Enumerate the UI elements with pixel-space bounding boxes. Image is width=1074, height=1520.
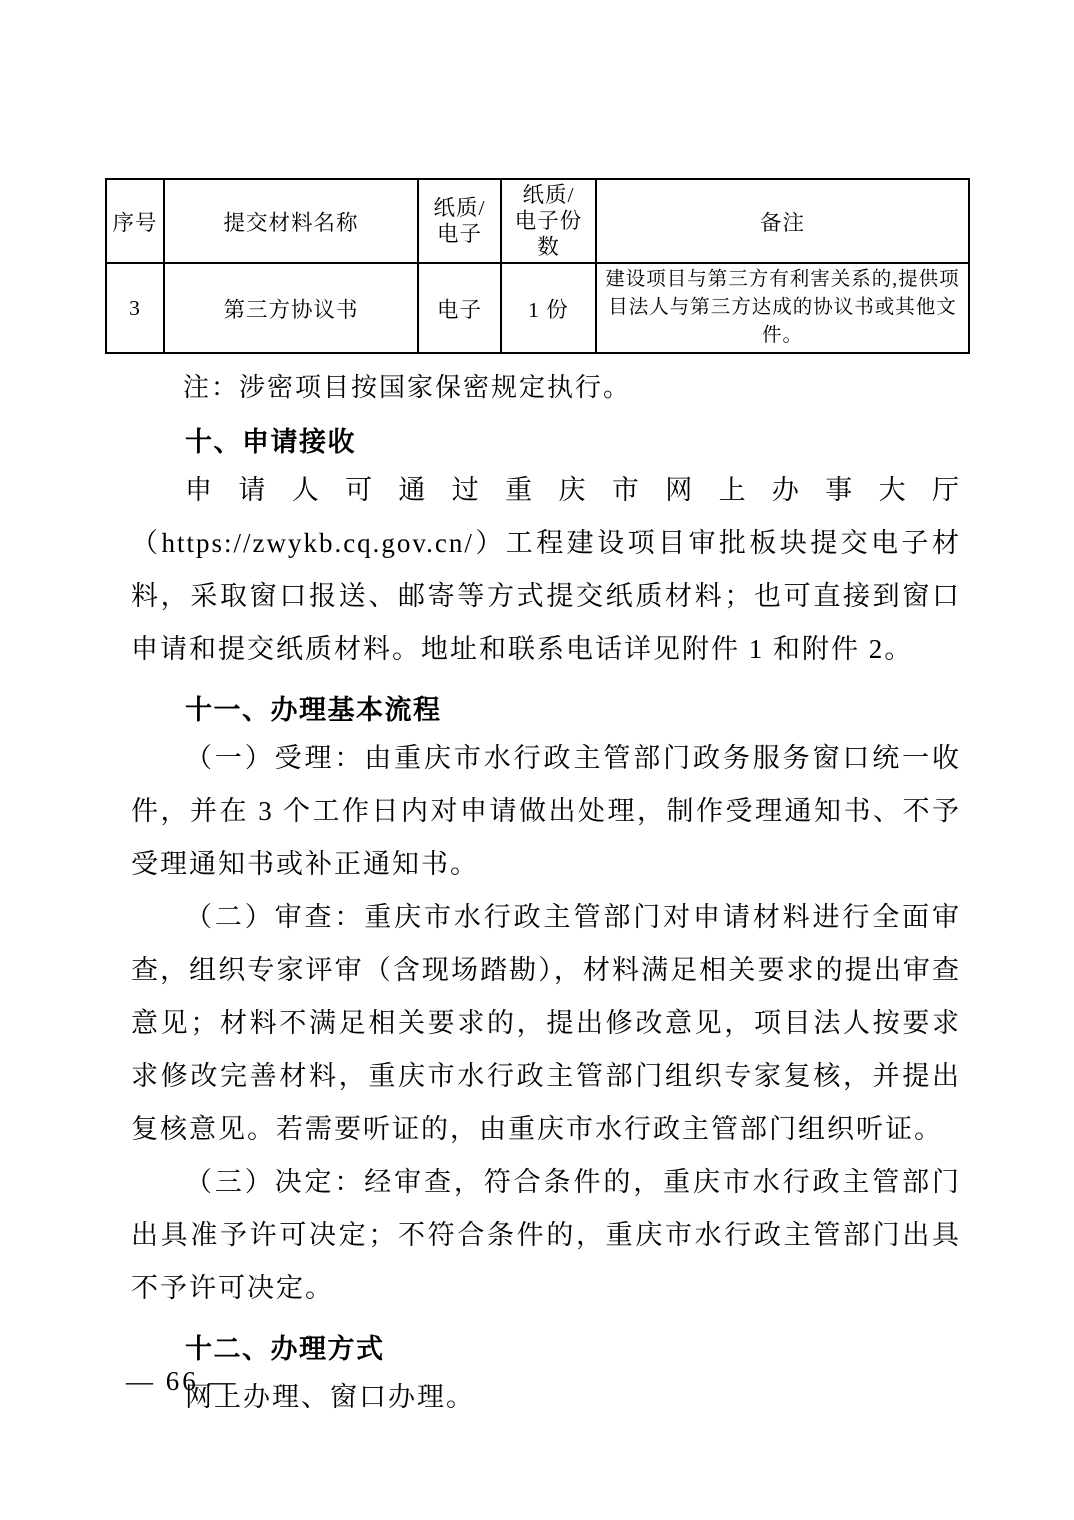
materials-table: 序号 提交材料名称 纸质/ 电子 纸质/ 电子份数 备注 3 第三方协议书 电子… bbox=[105, 178, 970, 354]
header-medium: 纸质/ 电子 bbox=[418, 179, 501, 263]
cell-seq: 3 bbox=[106, 263, 164, 353]
paragraph-review: （二）审查：重庆市水行政主管部门对申请材料进行全面审查，组织专家评审（含现场踏勘… bbox=[131, 891, 961, 1156]
cell-medium: 电子 bbox=[418, 263, 501, 353]
page-number: — 66 — bbox=[126, 1366, 239, 1397]
header-remark: 备注 bbox=[596, 179, 969, 263]
paragraph-application-receipt: 申请人可通过重庆市网上办事大厅（https://zwykb.cq.gov.cn/… bbox=[131, 464, 961, 676]
section-heading-11: 十一、办理基本流程 bbox=[131, 694, 961, 726]
header-seq: 序号 bbox=[106, 179, 164, 263]
header-material-name: 提交材料名称 bbox=[164, 179, 418, 263]
cell-material-name: 第三方协议书 bbox=[164, 263, 418, 353]
paragraph-acceptance: （一）受理：由重庆市水行政主管部门政务服务窗口统一收件，并在 3 个工作日内对申… bbox=[131, 732, 961, 891]
document-page: 序号 提交材料名称 纸质/ 电子 纸质/ 电子份数 备注 3 第三方协议书 电子… bbox=[0, 0, 1074, 1520]
paragraph-handling-method: 网上办理、窗口办理。 bbox=[131, 1371, 961, 1424]
section-heading-12: 十二、办理方式 bbox=[131, 1333, 961, 1365]
section-heading-10: 十、申请接收 bbox=[131, 426, 961, 458]
header-copies: 纸质/ 电子份数 bbox=[501, 179, 596, 263]
table-header-row: 序号 提交材料名称 纸质/ 电子 纸质/ 电子份数 备注 bbox=[106, 179, 969, 263]
table-row: 3 第三方协议书 电子 1 份 建设项目与第三方有利害关系的,提供项目法人与第三… bbox=[106, 263, 969, 353]
cell-copies: 1 份 bbox=[501, 263, 596, 353]
paragraph-decision: （三）决定：经审查，符合条件的，重庆市水行政主管部门出具准予许可决定；不符合条件… bbox=[131, 1156, 961, 1315]
cell-remark: 建设项目与第三方有利害关系的,提供项目法人与第三方达成的协议书或其他文件。 bbox=[596, 263, 969, 353]
table-note: 注：涉密项目按国家保密规定执行。 bbox=[131, 368, 961, 408]
